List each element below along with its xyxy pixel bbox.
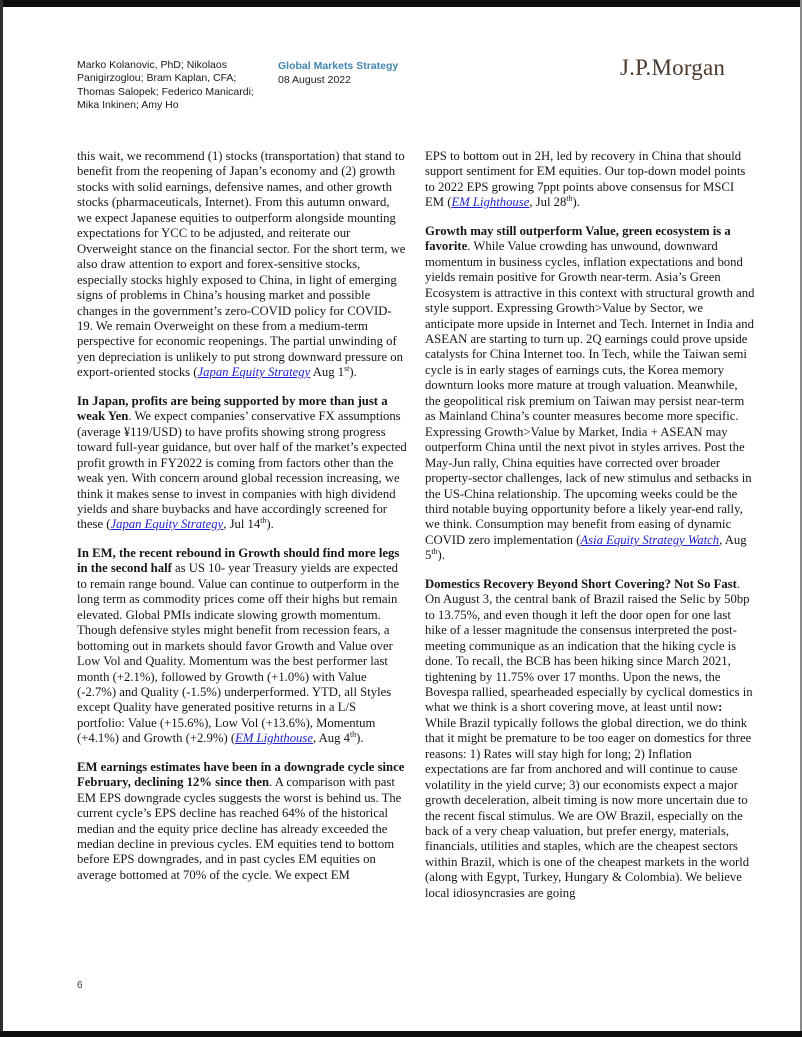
body-text: , Jul 14 [223, 517, 260, 531]
paragraph: In Japan, profits are being supported by… [77, 394, 407, 533]
doc-link[interactable]: Japan Equity Strategy [110, 517, 223, 531]
author-block: Marko Kolanovic, PhD; Nikolaos Panigirzo… [77, 59, 302, 113]
body-text: . A comparison with past EM EPS downgrad… [77, 775, 401, 882]
author-line: Panigirzoglou; Bram Kaplan, CFA; [77, 72, 302, 85]
body-text: . On August 3, the central bank of Brazi… [425, 577, 753, 715]
body-text: . We expect companies’ conservative FX a… [77, 409, 407, 531]
page-border-left [0, 0, 3, 1037]
doc-link[interactable]: Japan Equity Strategy [198, 365, 311, 379]
page-number: 6 [77, 980, 83, 991]
paragraph: Growth may still outperform Value, green… [425, 224, 755, 564]
body-text: ). [437, 548, 444, 562]
body-text: . While Value crowding has unwound, down… [425, 239, 754, 547]
bold-text: : [718, 700, 722, 714]
author-line: Mika Inkinen; Amy Ho [77, 99, 302, 112]
body-text: ). [349, 365, 356, 379]
paragraph: this wait, we recommend (1) stocks (tran… [77, 149, 407, 381]
paragraph: Domestics Recovery Beyond Short Covering… [425, 577, 755, 902]
body-text: ). [356, 731, 363, 745]
jpmorgan-logo: J.P.Morgan [620, 55, 750, 81]
body-text: as US 10- year Treasury yields are expec… [77, 561, 399, 745]
author-line: Marko Kolanovic, PhD; Nikolaos [77, 59, 302, 72]
paragraph: In EM, the recent rebound in Growth shou… [77, 546, 407, 747]
body-text: Aug 1 [310, 365, 344, 379]
publication-block: Global Markets Strategy 08 August 2022 [278, 60, 398, 87]
body-text: , Aug 4 [313, 731, 350, 745]
body-text: While Brazil typically follows the globa… [425, 716, 751, 900]
paragraph: EM earnings estimates have been in a dow… [77, 760, 407, 884]
paragraph: EPS to bottom out in 2H, led by recovery… [425, 149, 755, 211]
author-line: Thomas Salopek; Federico Manicardi; [77, 86, 302, 99]
right-column: EPS to bottom out in 2H, led by recovery… [425, 149, 755, 914]
left-column: this wait, we recommend (1) stocks (tran… [77, 149, 407, 896]
publication-date: 08 August 2022 [278, 74, 398, 88]
bold-text: Domestics Recovery Beyond Short Covering… [425, 577, 737, 591]
body-text: ). [572, 195, 579, 209]
body-text: ). [266, 517, 273, 531]
page-border-top [0, 0, 802, 7]
doc-link[interactable]: EM Lighthouse [235, 731, 313, 745]
page-border-bottom [0, 1031, 802, 1037]
body-text: , Jul 28 [529, 195, 566, 209]
doc-link[interactable]: EM Lighthouse [451, 195, 529, 209]
body-text: this wait, we recommend (1) stocks (tran… [77, 149, 405, 379]
publication-title: Global Markets Strategy [278, 60, 398, 74]
doc-link[interactable]: Asia Equity Strategy Watch [580, 533, 719, 547]
